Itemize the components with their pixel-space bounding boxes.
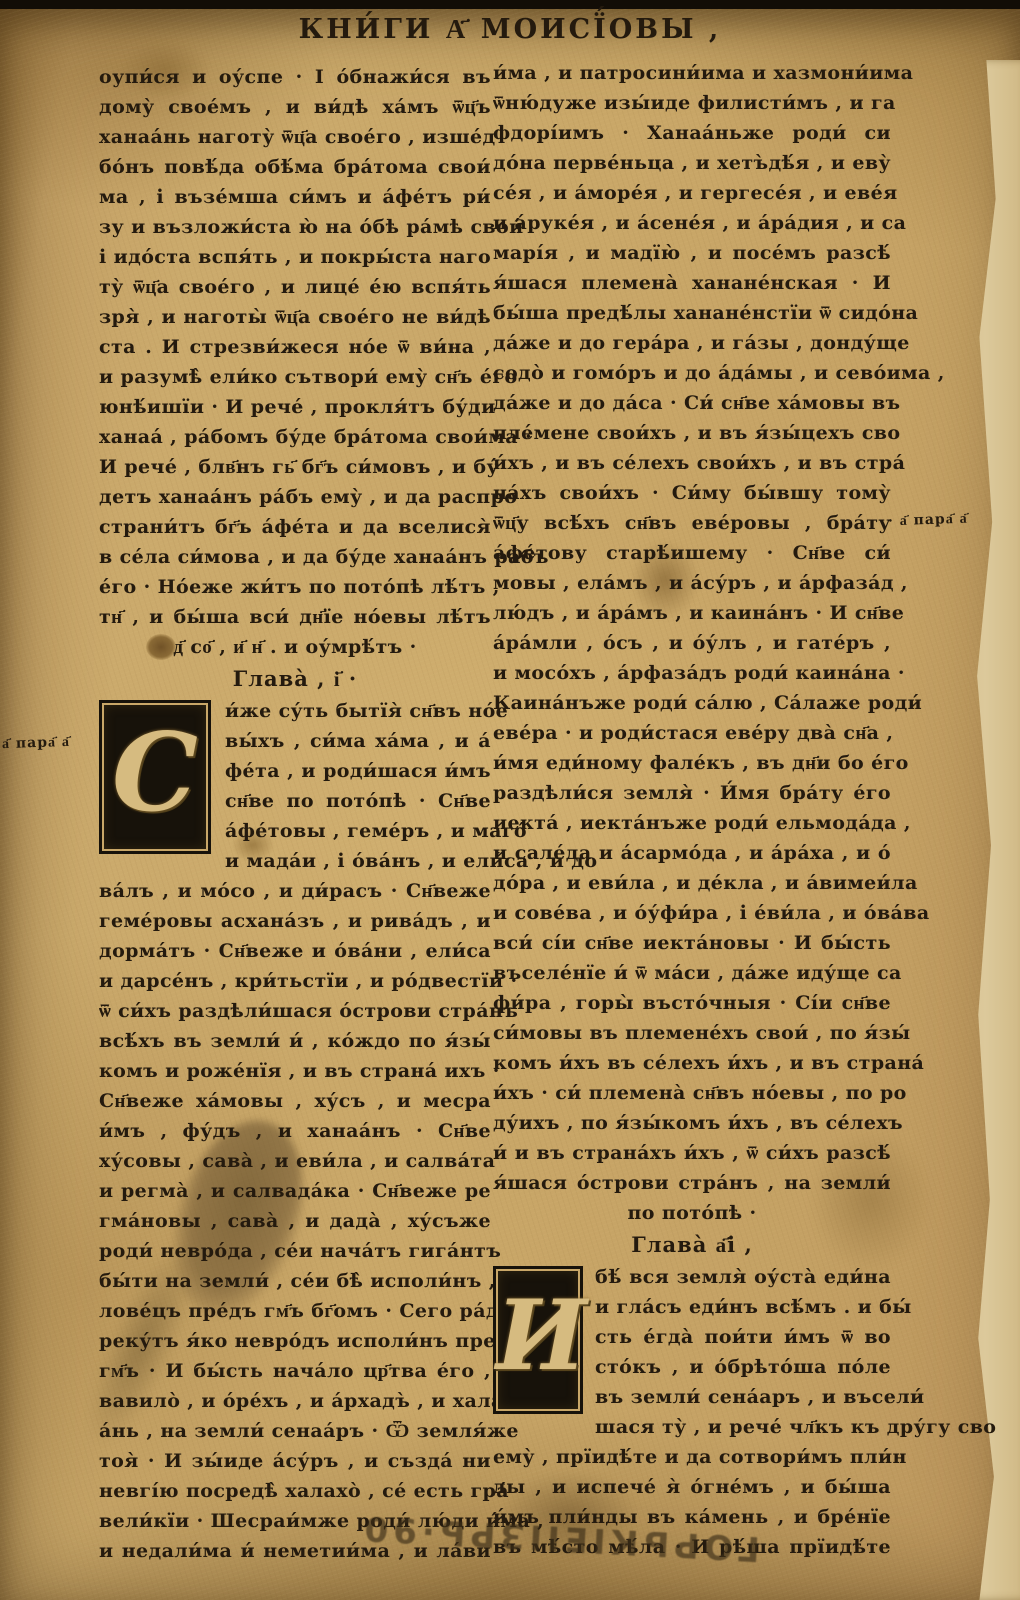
text-line: се́я , и а́море́я , и гергесе́я , и еве́…: [493, 178, 891, 208]
text-line: всѣ́хъ въ земли́ и́ , ко́ждо по я́зы́: [99, 1026, 491, 1056]
text-line: си́мовы въ племене́хъ свои́ , по я́зы́: [493, 1018, 891, 1048]
text-line: иекта́ , иекта́нъже роди́ ельмода́да ,: [493, 808, 891, 838]
text-line: тоя̀ · И зы́иде а́су́ръ , и създа́ ни: [99, 1446, 491, 1476]
text-line: и а́руке́я , и а́сене́я , и а́ра́дия , и…: [493, 208, 891, 238]
text-line: шася ту̀ , и рече́ чл҃къ къ дру́гу сво: [493, 1412, 891, 1442]
text-line: комъ и́хъ въ се́лехъ и́хъ , и въ страна́: [493, 1048, 891, 1078]
text-line: фи́ра , горы̀ въсто́чныя · Сі́и сн҃ве: [493, 988, 891, 1018]
text-line: еве́ра · и роди́стася еве́ру два̀ сн҃а ,: [493, 718, 891, 748]
text-line: я́шася о́строви стра́нъ , на земли́: [493, 1168, 891, 1198]
marginal-reference-right: · а҃ пара҃ а҃: [888, 511, 968, 531]
text-line: ханаа́нь наготу̀ ѿц҃а свое́го , изше́д: [99, 122, 491, 152]
text-line: ѿню́дуже изы́иде филисти́мъ , и га: [493, 88, 891, 118]
text-line: на́хъ свои́хъ · Си́му бы́вшу тому̀: [493, 478, 891, 508]
text-line: ханаа́ , ра́бомъ бу́де бра́тома свои́ма …: [99, 422, 491, 452]
text-line: гм҃ъ · И бы́сть нача́ло цр҃тва е́го ,: [99, 1356, 491, 1386]
text-line: вавило̀ , и о́ре́хъ , и а́рхадъ̀ , и хал…: [99, 1386, 491, 1416]
text-line: невгі́ю посредѣ̀ халахо̀ , се́ есть гра́: [99, 1476, 491, 1506]
text-line: и регма̀ , и салвада́ка · Сн҃веже ре: [99, 1176, 491, 1206]
text-line: пле́мене свои́хъ , и въ я́зы́цехъ сво: [493, 418, 891, 448]
text-line: раздѣли́ся земля̀ · И́мя бра́ту е́го: [493, 778, 891, 808]
text-line: ему̀ , прїидѣ́те и да сотвори́мъ пли́н: [493, 1442, 891, 1472]
text-line: да́же и до да́са · Си́ сн҃ве ха́мовы въ: [493, 388, 891, 418]
text-line: и сале́да и а́сармо́да , и а́ра́ха , и о…: [493, 838, 891, 868]
chapter-dropcap-initial: С: [99, 700, 211, 854]
text-line: И рече́ , блв҃нъ гь҃ бг҃ъ си́мовъ , и бу…: [99, 452, 491, 482]
text-line: ху́совы , сава̀ , и еви́ла , и салва́та: [99, 1146, 491, 1176]
text-line: по пото́пѣ ·: [493, 1198, 891, 1228]
text-line: фдорі́имъ · Ханаа́ньже роди́ си: [493, 118, 891, 148]
text-line: а́фе́тову старѣ́ишему · Сн҃ве си́: [493, 538, 891, 568]
text-line: я́шася племена̀ ханане́нская · И: [493, 268, 891, 298]
text-line: и́хъ , и въ се́лехъ свои́хъ , и въ стра́: [493, 448, 891, 478]
text-line: марі́я , и мадїю̀ , и посе́мъ разсѣ́: [493, 238, 891, 268]
running-title: КНИ́ГИ А҃ МОИСЇ́ОВЫ ,: [0, 14, 1020, 45]
text-line: дому̀ свое́мъ , и ви́дѣ ха́мъ ѿц҃ъ: [99, 92, 491, 122]
text-line: зря̀ , и наготы̀ ѿц҃а свое́го не ви́дѣ: [99, 302, 491, 332]
text-line: ста . И стрезви́жеся но́е ѿ ви́на ,: [99, 332, 491, 362]
text-line: до́на перве́ньца , и хетъ̀дѣ́я , и еву̀: [493, 148, 891, 178]
text-line: а́ра́мли , о́съ , и о́у́лъ , и гате́ръ ,: [493, 628, 891, 658]
text-line: гма́новы , сава̀ , и дада̀ , ху́съже: [99, 1206, 491, 1236]
text-line: и мосо́хъ , а́рфаза́дъ роди́ каина́на ·: [493, 658, 891, 688]
marginal-reference-left: а҃ пара҃ а҃: [2, 734, 70, 753]
text-line: до́ра , и еви́ла , и де́кла , и а́вимеи́…: [493, 868, 891, 898]
text-line: вси́ сі́и сн҃ве иекта́новы · И бы́сть: [493, 928, 891, 958]
text-line: ва́лъ , и мо́со , и ди́расъ · Сн҃веже: [99, 876, 491, 906]
text-line: комъ и роже́нїя , и въ страна́ ихъ ·: [99, 1056, 491, 1086]
chapter-heading: Глава̀ , і҃ ·: [99, 662, 491, 696]
text-line: і идо́ста вспя́ть , и покры́ста наго: [99, 242, 491, 272]
text-line: бо́нъ повѣ́да обѣ́ма бра́тома свои́: [99, 152, 491, 182]
text-line: и дарсе́нъ , кри́тьстїи , и ро́двестїи ·: [99, 966, 491, 996]
text-line: ма , і възе́мша си́мъ и а́фе́тъ ри́: [99, 182, 491, 212]
text-line: ды , и испече́ я̀ о́гне́мъ , и бы́ша: [493, 1472, 891, 1502]
text-line: ѿ си́хъ раздѣли́шася о́строви стра́нъ: [99, 996, 491, 1026]
text-line: Сн҃веже ха́мовы , ху́съ , и месра: [99, 1086, 491, 1116]
text-line: содо̀ и гомо́ръ и до а́да́мы , и сево́им…: [493, 358, 891, 388]
old-book-page-scan: { "page": { "header_title": "КНИ́ГИ А҃ М…: [0, 0, 1020, 1600]
text-line: и́мя еди́ному фале́къ , въ дн҃и бо е́го: [493, 748, 891, 778]
text-line: детъ ханаа́нъ ра́бъ ему̀ , и да распро: [99, 482, 491, 512]
text-line: роди́ невро́да , се́и нача́тъ гига́нтъ: [99, 1236, 491, 1266]
text-line: мовы , ела́мъ , и а́су́ръ , и а́рфаза́д …: [493, 568, 891, 598]
text-line: юнѣ́ишїи · И рече́ , прокля́тъ бу́ди: [99, 392, 491, 422]
text-line: бы́ша предѣ́лы ханане́нстїи ѿ сидо́на: [493, 298, 891, 328]
text-line: страни́тъ бг҃ъ а́фе́та и да вселися̀: [99, 512, 491, 542]
chapter-heading: Глава̀ а҃і ,: [493, 1228, 891, 1262]
chapter-dropcap-initial: И: [493, 1266, 583, 1414]
text-line: и́хъ · си́ племена̀ сн҃въ но́евы , по ро: [493, 1078, 891, 1108]
text-line: ту̀ ѿц҃а свое́го , и лице́ е́ю вспя́ть: [99, 272, 491, 302]
text-line: зу и възложи́ста ю̀ на о́бѣ ра́мѣ свои́: [99, 212, 491, 242]
text-line: и сове́ва , и о́у́фи́ра , і е́ви́ла , и …: [493, 898, 891, 928]
text-line: д҃ со҃ , и҃ н҃ . и оу́мрѣ́тъ ·: [99, 632, 491, 662]
text-column-left: оупи́ся и оу́спе · І о́бнажи́ся въдому̀ …: [99, 62, 491, 1566]
text-line: дорма́тъ · Сн҃веже и о́ва́ни , ели́са: [99, 936, 491, 966]
text-line: в се́ла си́мова , и да бу́де ханаа́нъ ра…: [99, 542, 491, 572]
text-line: а́нь , на земли́ сенаа́ръ · Ѿ земля́же: [99, 1416, 491, 1446]
text-line: да́же и до гера́ра , и га́зы , донду́ще: [493, 328, 891, 358]
text-line: ѿц҃у всѣ́хъ сн҃въ еве́ровы , бра́ту: [493, 508, 891, 538]
text-line: тн҃ , и бы́ша вси́ дн҃їе но́евы лѣ́тъ: [99, 602, 491, 632]
text-line: и́ма , и патросини́има и хазмони́има: [493, 58, 891, 88]
text-line: Каина́нъже роди́ са́лю , Са́лаже роди́: [493, 688, 891, 718]
text-line: ду́ихъ , по я́зы́комъ и́хъ , въ се́лехъ: [493, 1108, 891, 1138]
text-line: оупи́ся и оу́спе · І о́бнажи́ся въ: [99, 62, 491, 92]
text-line: бы́ти на земли́ , се́и бѣ̀ исполи́нъ ,: [99, 1266, 491, 1296]
text-line: лове́цъ пре́дъ гм҃ъ бг҃омъ · Сего ра́ди: [99, 1296, 491, 1326]
scan-top-edge: [0, 0, 1020, 9]
text-column-right: и́ма , и патросини́има и хазмони́имаѿню́…: [493, 58, 891, 1562]
text-line: и разумѣ̀ ели́ко сътвори́ ему̀ сн҃ъ е́го: [99, 362, 491, 392]
text-line: лю́дъ , и а́ра́мъ , и каина́нъ · И сн҃ве: [493, 598, 891, 628]
text-line: и́мъ , фу́дъ , и ханаа́нъ · Сн҃ве: [99, 1116, 491, 1146]
text-line: и́ и въ страна́хъ и́хъ , ѿ си́хъ разсѣ́: [493, 1138, 891, 1168]
text-line: реку́тъ я́ко невро́дъ исполи́нъ предъ̀: [99, 1326, 491, 1356]
text-line: въселе́нїе и́ ѿ ма́си , да́же иду́ще са: [493, 958, 891, 988]
text-line: е́го · Но́еже жи́тъ по пото́пѣ лѣ́тъ ,: [99, 572, 491, 602]
text-line: геме́ровы асхана́зъ , и рива́дъ , и: [99, 906, 491, 936]
